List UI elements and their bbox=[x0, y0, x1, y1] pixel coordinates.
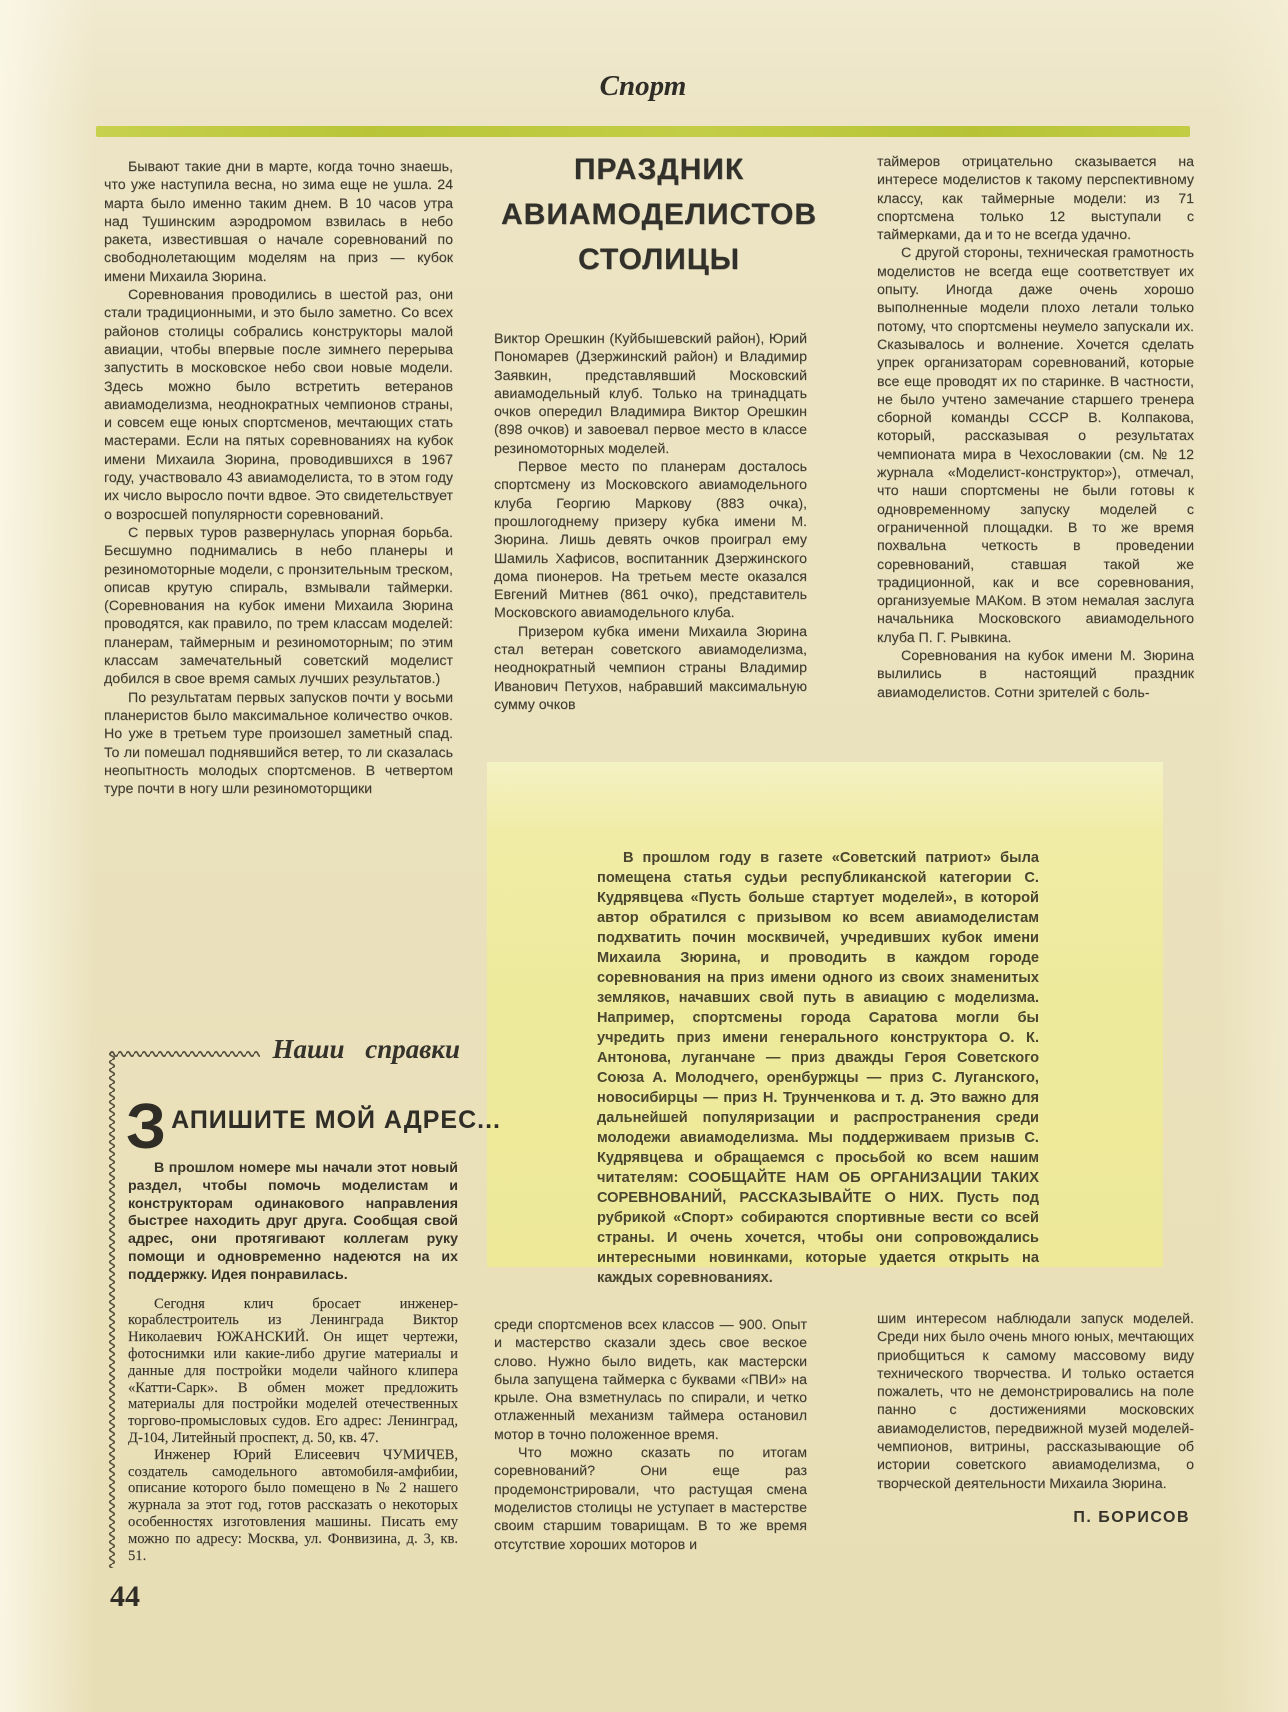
paragraph: шим интересом наблюдали запуск моделей. … bbox=[877, 1310, 1194, 1493]
highlight-text: В прошлом году в газете «Советский патри… bbox=[597, 848, 1039, 1288]
wavy-border-vertical bbox=[106, 1052, 115, 1568]
wavy-border-horizontal bbox=[110, 1048, 260, 1057]
spravki-intro: В прошлом номере мы начали этот новый ра… bbox=[128, 1160, 458, 1285]
spravki-rubric: Наши справки bbox=[248, 1034, 460, 1065]
accent-bar bbox=[96, 126, 1190, 137]
byline: П. БОРИСОВ bbox=[877, 1509, 1194, 1527]
paragraph: таймеров отрицательно сказывается на инт… bbox=[877, 153, 1194, 244]
article-title-line: СТОЛИЦЫ bbox=[494, 237, 824, 282]
magazine-page: Спорт ПРАЗДНИК АВИАМОДЕЛИСТОВ СТОЛИЦЫ Бы… bbox=[0, 0, 1288, 1712]
column-middle: Виктор Орешкин (Куйбышевский район), Юри… bbox=[494, 330, 807, 714]
paragraph: С другой стороны, техническая грамотност… bbox=[877, 244, 1194, 647]
page-number: 44 bbox=[110, 1580, 140, 1614]
article-title-line: АВИАМОДЕЛИСТОВ bbox=[494, 192, 824, 237]
paragraph: По результатам первых запусков почти у в… bbox=[104, 689, 453, 799]
paragraph: Бывают такие дни в марте, когда точно зн… bbox=[104, 158, 453, 286]
article-title: ПРАЗДНИК АВИАМОДЕЛИСТОВ СТОЛИЦЫ bbox=[494, 147, 824, 282]
paragraph: Виктор Орешкин (Куйбышевский район), Юри… bbox=[494, 330, 807, 458]
column-right-bottom: шим интересом наблюдали запуск моделей. … bbox=[877, 1310, 1194, 1527]
paragraph: Соревнования проводились в шестой раз, о… bbox=[104, 286, 453, 524]
spravki-title-text: АПИШИТЕ МОЙ АДРЕС... bbox=[171, 1106, 501, 1135]
drop-cap: З bbox=[126, 1100, 166, 1152]
paragraph: Что можно сказать по итогам соревнований… bbox=[494, 1444, 807, 1554]
paragraph: Призером кубка имени Михаила Зюрина стал… bbox=[494, 623, 807, 714]
column-middle-bottom: среди спортсменов всех классов — 900. Оп… bbox=[494, 1316, 807, 1554]
column-left: Бывают такие дни в марте, когда точно зн… bbox=[104, 158, 453, 798]
paragraph: среди спортсменов всех классов — 900. Оп… bbox=[494, 1316, 807, 1444]
paragraph: Первое место по планерам досталось спорт… bbox=[494, 458, 807, 623]
paragraph: Соревнования на кубок имени М. Зюрина вы… bbox=[877, 647, 1194, 702]
column-right: таймеров отрицательно сказывается на инт… bbox=[877, 153, 1194, 702]
spravki-item: Сегодня клич бросает инженер-кораблестро… bbox=[128, 1296, 458, 1447]
paragraph: С первых туров развернулась упорная борь… bbox=[104, 524, 453, 689]
highlight-box: В прошлом году в газете «Советский патри… bbox=[487, 762, 1163, 1267]
article-title-line: ПРАЗДНИК bbox=[494, 147, 824, 192]
spravki-item: Инженер Юрий Елисеевич ЧУМИЧЕВ, создател… bbox=[128, 1447, 458, 1565]
section-rubric: Спорт bbox=[95, 70, 1191, 103]
spravki-title: З АПИШИТЕ МОЙ АДРЕС... bbox=[126, 1100, 501, 1152]
spravki-body: В прошлом номере мы начали этот новый ра… bbox=[128, 1160, 458, 1564]
